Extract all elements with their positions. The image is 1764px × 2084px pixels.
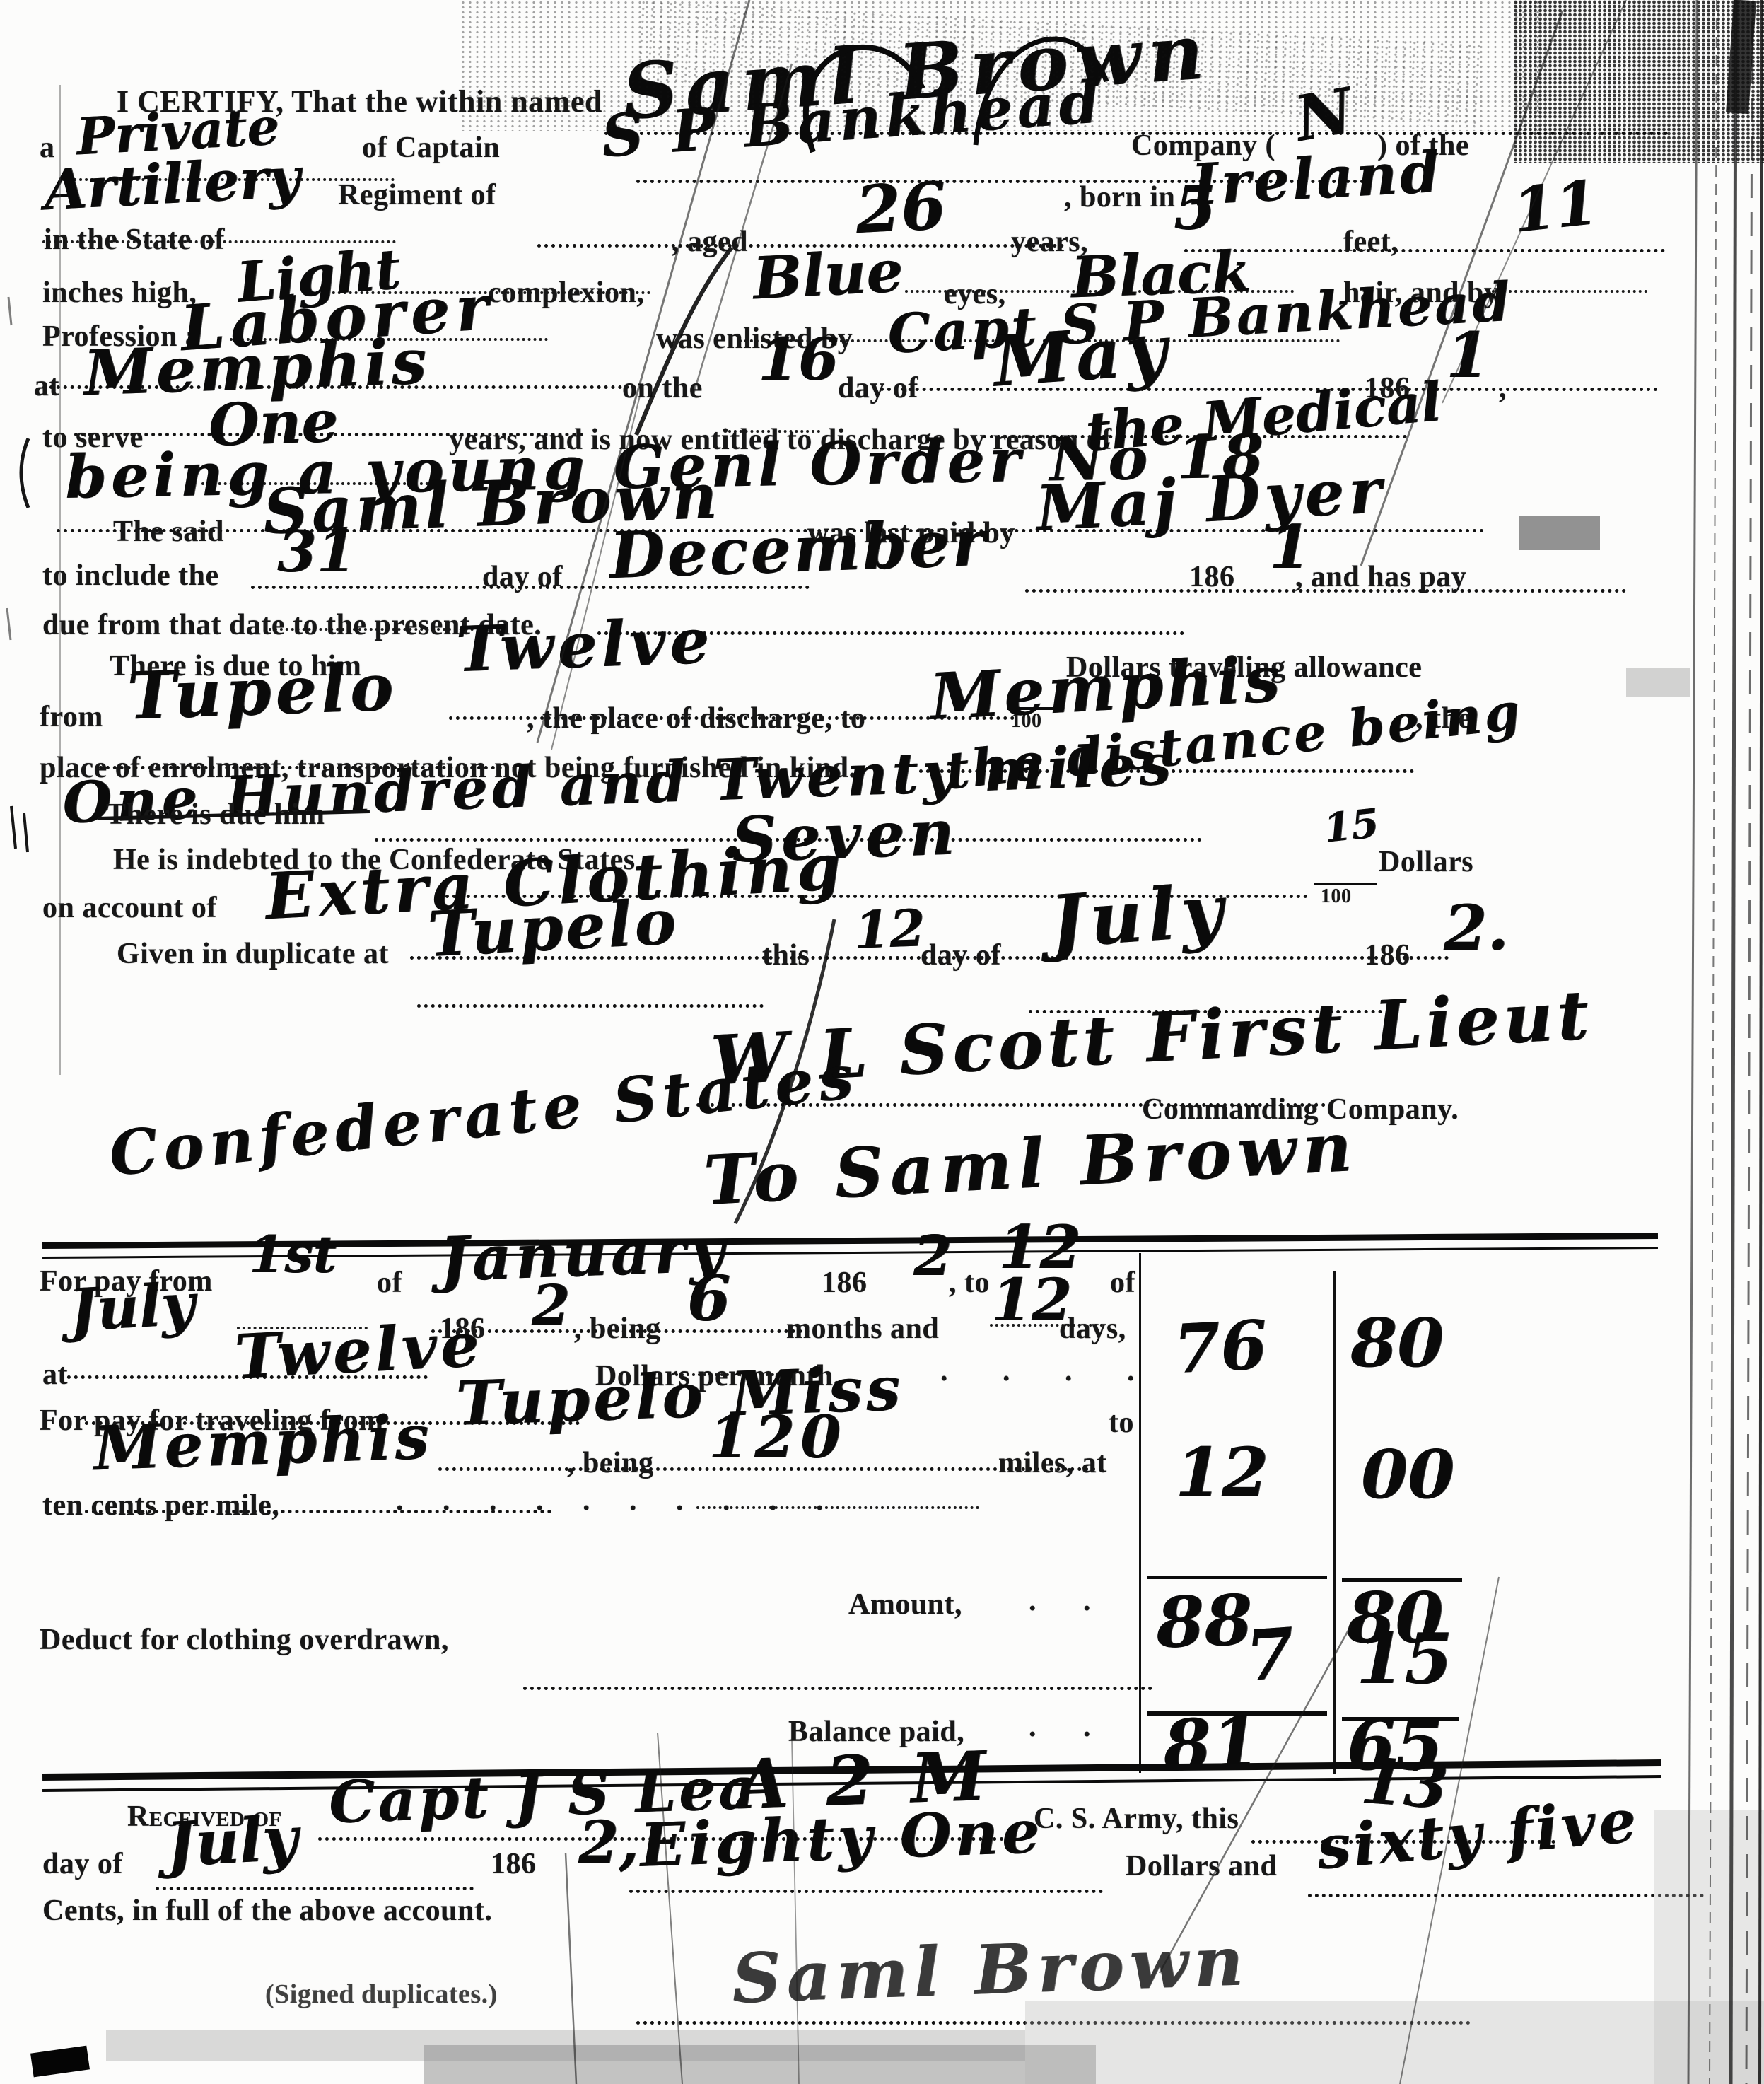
amount-travel-cents: 00 <box>1361 1441 1454 1508</box>
table-r3-p1: at <box>42 1358 68 1392</box>
inches-hw: 11 <box>1510 173 1601 242</box>
label-day-of3: day of <box>921 938 1001 972</box>
discharge-place-hw: Tupelo <box>127 654 399 728</box>
table-r6-p1: ten cents per mile, <box>42 1489 279 1523</box>
label-year-186c: 186 <box>1365 938 1410 972</box>
label-comma: , <box>1499 371 1507 405</box>
left-fold-line <box>59 85 61 1075</box>
label-place-of-discharge: , the place of discharge, to <box>527 702 865 735</box>
label-this: this <box>762 938 810 972</box>
scratch-line <box>1760 0 1762 2084</box>
paid-month-hw: December <box>609 511 988 588</box>
table-r5-p2: miles, at <box>998 1446 1107 1480</box>
blank-line <box>629 1890 1103 1893</box>
enlist-year-hw: 1 <box>1446 324 1489 386</box>
age-hw: 26 <box>854 173 948 243</box>
blank-line <box>523 1687 1152 1690</box>
to-soldier-hw: To Saml Brown <box>702 1113 1360 1215</box>
amount-total-dollars: 88 <box>1155 1586 1254 1659</box>
scratch-line <box>1688 0 1697 2084</box>
label-regiment-of: Regiment of <box>338 178 496 212</box>
label-inches-high: inches high, <box>42 276 197 310</box>
label-year-186d: 186 <box>491 1847 537 1881</box>
label-dollars-and: Dollars and <box>1126 1849 1277 1883</box>
amount-deduct-dollars: 7 <box>1244 1619 1297 1692</box>
blank-line <box>156 1887 474 1890</box>
travel-dollars-hw: Twelve <box>455 610 715 681</box>
table-vertical-line-1 <box>1139 1253 1141 1773</box>
table-r2-p3: months and <box>786 1312 939 1346</box>
issue-day-hw: 12 <box>853 902 926 955</box>
label-at: at <box>34 369 59 403</box>
enlist-month-hw: May <box>991 315 1174 397</box>
deduct-label: Deduct for clothing overdrawn, <box>40 1623 449 1657</box>
amount-travel-dollars: 12 <box>1175 1439 1268 1506</box>
eyes-hw: Blue <box>752 243 904 308</box>
label-day-of2: day of <box>482 560 563 594</box>
table-r2-h1: July <box>68 1275 196 1339</box>
scratch-line <box>1731 0 1736 2084</box>
feet-hw: 5 <box>1174 178 1216 239</box>
table-vertical-line-2 <box>1333 1271 1336 1774</box>
table-r2-h3: 6 <box>687 1267 730 1329</box>
table-r3-h1: Twelve <box>233 1315 484 1388</box>
fraction-den2: 100 <box>1321 885 1352 908</box>
blank-line <box>1308 1894 1704 1897</box>
label-on-account: on account of <box>42 891 217 925</box>
right-smudge-bottom <box>1654 1810 1764 2084</box>
gray-patch-right <box>1626 668 1690 697</box>
table-r5-h2: 120 <box>708 1409 846 1467</box>
table-r5-p1: , being <box>567 1446 654 1480</box>
blank-line <box>1492 290 1647 293</box>
table-r4-p2: to <box>1109 1406 1134 1440</box>
label-born-in: , born in <box>1064 180 1175 214</box>
table-r5-h1: Memphis <box>93 1407 433 1480</box>
scratch-line <box>1710 0 1717 2084</box>
label-in-state: in the State of <box>44 223 225 257</box>
table-r6-dots: . . . . . . . . . . <box>396 1484 824 1518</box>
signed-duplicates-label: (Signed duplicates.) <box>265 1979 498 2010</box>
amount-label: Amount, <box>848 1588 962 1622</box>
blank-line <box>417 1004 764 1008</box>
label-dollars: Dollars <box>1379 845 1473 879</box>
issue-place-hw: Tupelo <box>426 890 680 965</box>
table-r1-p5: of <box>1110 1266 1135 1300</box>
label-day-of: day of <box>838 371 918 405</box>
table-r1-p3: 186 <box>822 1266 868 1300</box>
issue-month-hw: July <box>1048 874 1231 958</box>
table-r2-h2: 2 <box>532 1279 570 1334</box>
branch-hw: Artillery <box>42 151 301 219</box>
label-complexion: complexion, <box>488 276 644 310</box>
blank-line <box>1184 249 1665 252</box>
issue-year-hw: 2. <box>1444 897 1509 959</box>
label-of-captain: of Captain <box>362 131 500 165</box>
receipt-signature-hw: Saml Brown <box>731 1927 1250 2013</box>
balance-dots: . . <box>1029 1710 1091 1744</box>
gray-block-right <box>1519 516 1600 550</box>
label-to-include: to include the <box>42 559 219 593</box>
table-r2-p2: , being <box>574 1312 661 1346</box>
scan-noise-corner <box>1513 0 1764 163</box>
receipt-month-hw: July <box>165 1808 299 1876</box>
label-year-186b: 186 <box>1189 560 1235 594</box>
table-r1-p2: of <box>377 1266 402 1300</box>
table-r1-h3: 2 <box>913 1229 952 1284</box>
label-from: from <box>40 700 103 734</box>
amount-pay-dollars: 76 <box>1172 1312 1269 1384</box>
amount-deduct-cents: 15 <box>1356 1625 1452 1694</box>
label-the-said: The said <box>113 515 224 549</box>
scratch-line <box>1746 21 1752 2084</box>
discharge-certificate-page: I CERTIFY, That the within named Saml Br… <box>0 0 1764 2084</box>
amount-pay-cents: 80 <box>1350 1310 1444 1377</box>
label-aged: , aged <box>672 225 748 259</box>
table-r1-h2: January <box>439 1220 729 1291</box>
table-r2-p4: days, <box>1059 1312 1126 1346</box>
cs-army-label: C. S. Army, this <box>1034 1802 1239 1836</box>
bottom-smudge-3 <box>1025 2001 1764 2084</box>
margin-mark <box>11 806 28 852</box>
label-given: Given in duplicate at <box>117 937 389 971</box>
margin-mark <box>21 438 28 508</box>
debt-fraction-num-hw: 15 <box>1321 803 1380 849</box>
amount-cell-rule-1 <box>1147 1576 1327 1579</box>
table-r3-dots: . . . . <box>940 1354 1135 1388</box>
amount-dots: . . <box>1029 1584 1091 1618</box>
label-day-of4: day of <box>42 1847 123 1881</box>
label-has-pay: , and has pay <box>1295 560 1466 594</box>
paid-day-hw: 31 <box>277 523 356 580</box>
enlist-day-hw: 16 <box>758 331 839 389</box>
label-on-the: on the <box>622 371 703 405</box>
bottom-smudge-2 <box>424 2045 1096 2084</box>
paymaster-hw: Maj Dyer <box>1034 459 1387 540</box>
table-r1-p4: , to <box>949 1266 990 1300</box>
cents-in-full-label: Cents, in full of the above account. <box>42 1894 492 1928</box>
receipt-year-hw: 2, <box>578 1814 639 1872</box>
label-feet: feet, <box>1343 225 1398 259</box>
receipt-dollars-words-hw: Eighty One <box>639 1802 1044 1875</box>
birthplace-hw: Ireland <box>1190 144 1443 213</box>
margin-mark <box>7 297 11 640</box>
bottom-left-ink-blob <box>30 2046 90 2078</box>
table-r1-h1: 1st <box>249 1229 337 1280</box>
